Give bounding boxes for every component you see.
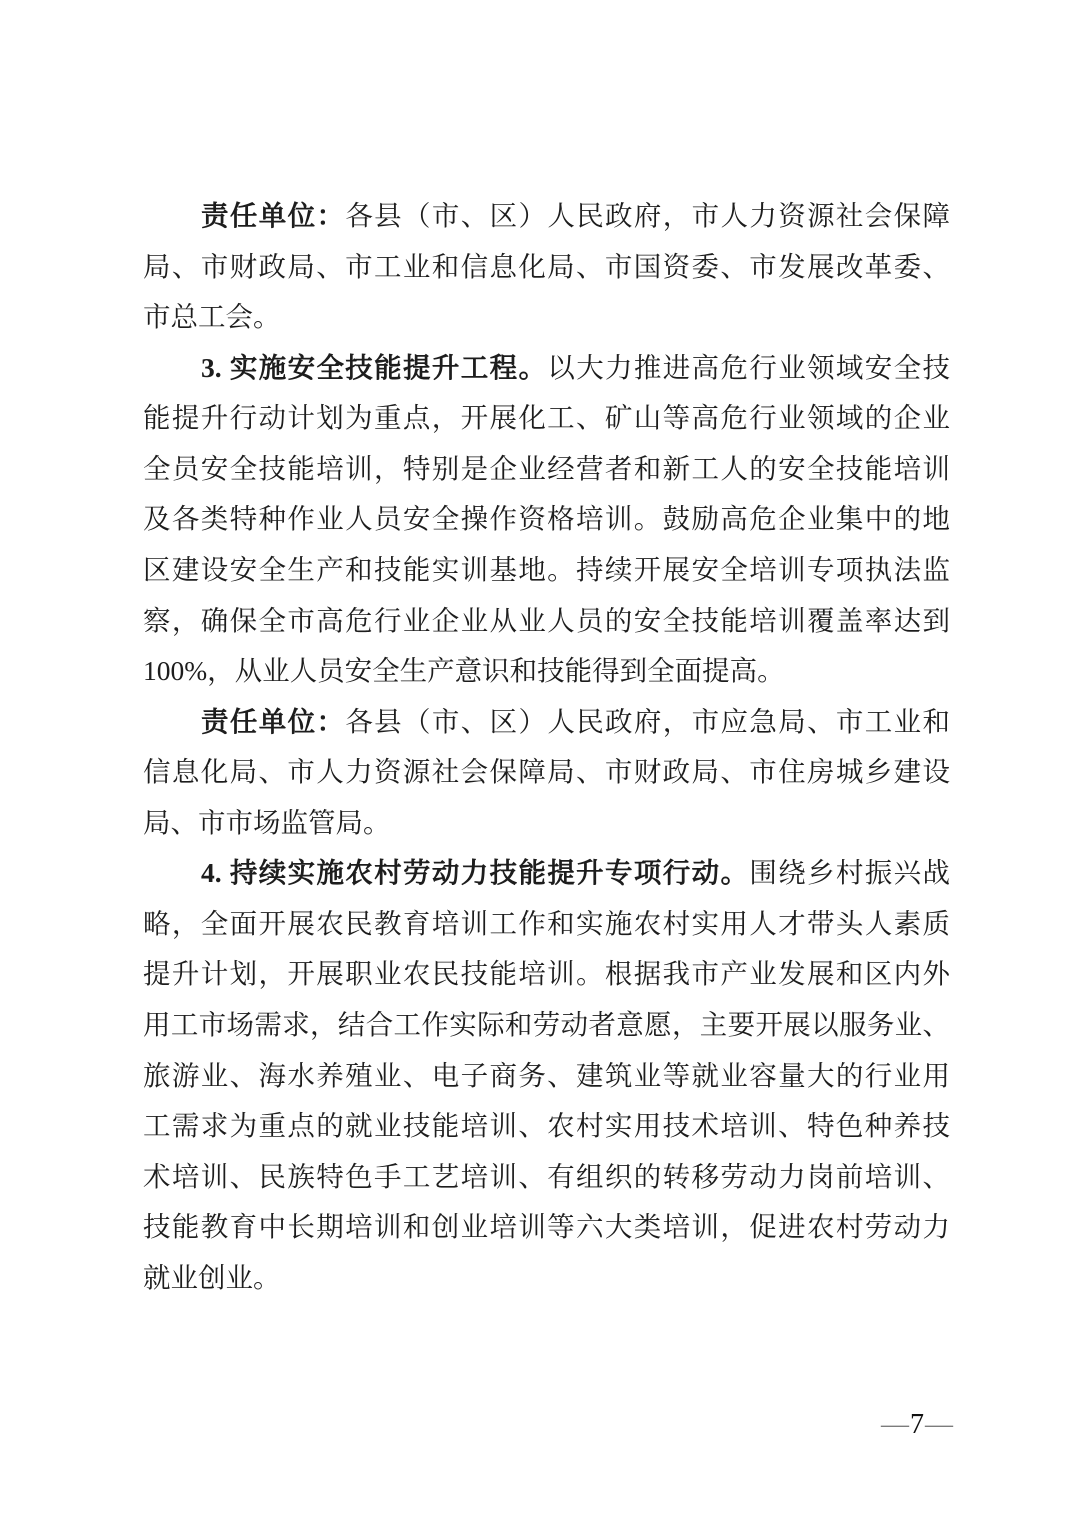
text-line: 工需求为重点的就业技能培训、农村实用技术培训、特色种养技 — [143, 1101, 950, 1152]
body-text: 市总工会。 — [143, 301, 281, 332]
body-text: 100%，从业人员安全生产意识和技能得到全面提高。 — [143, 655, 785, 686]
emphasis-text: 责任单位： — [201, 706, 345, 737]
text-line: 局、市市场监管局。 — [143, 798, 950, 849]
body-text: 信息化局、市人力资源社会保障局、市财政局、市住房城乡建设 — [143, 756, 950, 787]
body-text: 全员安全技能培训，特别是企业经营者和新工人的安全技能培训 — [143, 453, 950, 484]
text-line: 略，全面开展农民教育培训工作和实施农村实用人才带头人素质 — [143, 899, 950, 950]
text-line: 4. 持续实施农村劳动力技能提升专项行动。围绕乡村振兴战 — [143, 848, 950, 899]
body-text: 以大力推进高危行业领域安全技 — [547, 352, 950, 383]
text-line: 责任单位：各县（市、区）人民政府，市人力资源社会保障 — [143, 191, 950, 242]
body-text: 各县（市、区）人民政府，市人力资源社会保障 — [345, 200, 950, 231]
text-line: 市总工会。 — [143, 292, 950, 343]
text-line: 全员安全技能培训，特别是企业经营者和新工人的安全技能培训 — [143, 444, 950, 495]
emphasis-text: 4. 持续实施农村劳动力技能提升专项行动。 — [201, 857, 749, 888]
body-text: 能提升行动计划为重点，开展化工、矿山等高危行业领域的企业 — [143, 402, 950, 433]
body-text: 技能教育中长期培训和创业培训等六大类培训，促进农村劳动力 — [143, 1211, 950, 1242]
body-text: 工需求为重点的就业技能培训、农村实用技术培训、特色种养技 — [143, 1110, 950, 1141]
page-number: 7 — [909, 1409, 925, 1440]
text-line: 就业创业。 — [143, 1253, 950, 1304]
body-text: 局、市市场监管局。 — [143, 807, 391, 838]
emphasis-text: 责任单位： — [201, 200, 345, 231]
body-text: 各县（市、区）人民政府，市应急局、市工业和 — [345, 706, 950, 737]
body-text: 术培训、民族特色手工艺培训、有组织的转移劳动力岗前培训、 — [143, 1161, 950, 1192]
text-line: 及各类特种作业人员安全操作资格培训。鼓励高危企业集中的地 — [143, 494, 950, 545]
emphasis-text: 3. 实施安全技能提升工程。 — [201, 352, 547, 383]
body-text: 提升计划，开展职业农民技能培训。根据我市产业发展和区内外 — [143, 958, 950, 989]
footer-dash-right: — — [925, 1409, 953, 1440]
document-body: 责任单位：各县（市、区）人民政府，市人力资源社会保障局、市财政局、市工业和信息化… — [143, 191, 950, 1303]
footer-dash-left: — — [881, 1409, 909, 1440]
text-line: 区建设安全生产和技能实训基地。持续开展安全培训专项执法监 — [143, 545, 950, 596]
text-line: 技能教育中长期培训和创业培训等六大类培训，促进农村劳动力 — [143, 1202, 950, 1253]
text-line: 100%，从业人员安全生产意识和技能得到全面提高。 — [143, 646, 950, 697]
text-line: 用工市场需求，结合工作实际和劳动者意愿，主要开展以服务业、 — [143, 1000, 950, 1051]
body-text: 用工市场需求，结合工作实际和劳动者意愿，主要开展以服务业、 — [143, 1009, 950, 1040]
body-text: 围绕乡村振兴战 — [749, 857, 950, 888]
text-line: 提升计划，开展职业农民技能培训。根据我市产业发展和区内外 — [143, 949, 950, 1000]
text-line: 局、市财政局、市工业和信息化局、市国资委、市发展改革委、 — [143, 242, 950, 293]
body-text: 略，全面开展农民教育培训工作和实施农村实用人才带头人素质 — [143, 908, 950, 939]
text-line: 能提升行动计划为重点，开展化工、矿山等高危行业领域的企业 — [143, 393, 950, 444]
text-line: 信息化局、市人力资源社会保障局、市财政局、市住房城乡建设 — [143, 747, 950, 798]
text-line: 旅游业、海水养殖业、电子商务、建筑业等就业容量大的行业用 — [143, 1051, 950, 1102]
body-text: 察，确保全市高危行业企业从业人员的安全技能培训覆盖率达到 — [143, 605, 950, 636]
body-text: 就业创业。 — [143, 1262, 281, 1293]
body-text: 旅游业、海水养殖业、电子商务、建筑业等就业容量大的行业用 — [143, 1060, 950, 1091]
body-text: 局、市财政局、市工业和信息化局、市国资委、市发展改革委、 — [143, 251, 950, 282]
text-line: 术培训、民族特色手工艺培训、有组织的转移劳动力岗前培训、 — [143, 1152, 950, 1203]
page-footer: —7— — [881, 1410, 953, 1440]
text-line: 责任单位：各县（市、区）人民政府，市应急局、市工业和 — [143, 697, 950, 748]
body-text: 区建设安全生产和技能实训基地。持续开展安全培训专项执法监 — [143, 554, 950, 585]
text-line: 3. 实施安全技能提升工程。以大力推进高危行业领域安全技 — [143, 343, 950, 394]
text-line: 察，确保全市高危行业企业从业人员的安全技能培训覆盖率达到 — [143, 596, 950, 647]
body-text: 及各类特种作业人员安全操作资格培训。鼓励高危企业集中的地 — [143, 503, 950, 534]
document-page: 责任单位：各县（市、区）人民政府，市人力资源社会保障局、市财政局、市工业和信息化… — [0, 0, 1074, 1520]
